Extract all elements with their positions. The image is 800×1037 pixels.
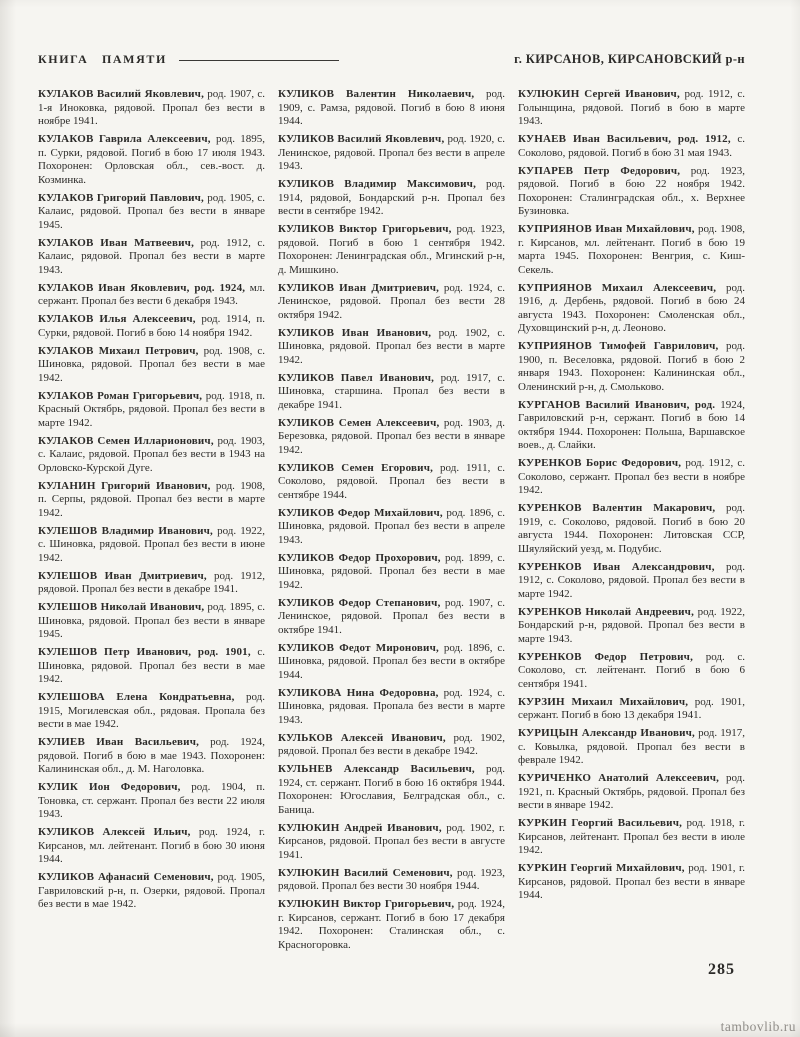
memorial-entry: КУЛИКОВ Виктор Григорьевич, род. 1923, р…: [278, 223, 505, 277]
entry-name: КУПРИЯНОВ Тимофей Гаврилович,: [518, 340, 718, 352]
entry-name: КУЛИК Ион Федорович,: [38, 781, 181, 793]
entry-name: КУРИЦЫН Александр Иванович,: [518, 727, 695, 739]
memorial-entry: КУРЕНКОВ Борис Федорович, род. 1912, с. …: [518, 457, 745, 498]
column-2: КУЛИКОВ Валентин Николаевич, род. 1909, …: [278, 88, 505, 957]
memorial-entry: КУЛАКОВ Гаврила Алексеевич, род. 1895, п…: [38, 133, 265, 187]
entry-name: КУРЕНКОВ Федор Петрович,: [518, 651, 693, 663]
column-3: КУЛЮКИН Сергей Иванович, род. 1912, с. Г…: [518, 88, 745, 957]
entry-name: КУЛИКОВ Федор Михайлович,: [278, 507, 443, 519]
memorial-entry: КУЛАКОВ Григорий Павлович, род. 1905, с.…: [38, 192, 265, 233]
memorial-entry: КУЛИКОВ Федор Степанович, род. 1907, с. …: [278, 597, 505, 638]
memorial-entry: КУЛЕШОВ Владимир Иванович, род. 1922, с.…: [38, 525, 265, 566]
entry-name: КУРИЧЕНКО Анатолий Алексеевич,: [518, 772, 719, 784]
memorial-entry: КУЛЬНЕВ Александр Васильевич, род. 1924,…: [278, 763, 505, 817]
entry-name: КУРГАНОВ Василий Иванович, род.: [518, 399, 715, 411]
entry-name: КУЛИКОВ Виктор Григорьевич,: [278, 223, 452, 235]
entry-name: КУЛЕШОВ Николай Иванович,: [38, 601, 204, 613]
entry-name: КУРЕНКОВ Валентин Макарович,: [518, 502, 715, 514]
entry-name: КУЛИКОВ Федор Степанович,: [278, 597, 441, 609]
memorial-entry: КУЛАКОВ Михаил Петрович, род. 1908, с. Ш…: [38, 345, 265, 386]
entry-name: КУЛЮКИН Василий Семенович,: [278, 867, 453, 879]
entry-name: КУРЕНКОВ Николай Андреевич,: [518, 606, 694, 618]
book-page: КНИГА ПАМЯТИ г. КИРСАНОВ, КИРСАНОВСКИЙ р…: [0, 0, 800, 1037]
memorial-entry: КУЛАКОВ Василий Яковлевич, род. 1907, с.…: [38, 88, 265, 129]
memorial-entry: КУЛИКОВ Федор Прохорович, род. 1899, с. …: [278, 552, 505, 593]
memorial-entry: КУЛИКОВ Семен Егорович, род. 1911, с. Со…: [278, 462, 505, 503]
memorial-entry: КУЛИКОВ Иван Иванович, род. 1902, с. Шин…: [278, 327, 505, 368]
entry-name: КУРЗИН Михаил Михайлович,: [518, 696, 688, 708]
entry-name: КУЛИКОВА Нина Федоровна,: [278, 687, 439, 699]
entry-name: КУЛАКОВ Иван Матвеевич,: [38, 237, 194, 249]
entry-name: КУЛИКОВ Иван Иванович,: [278, 327, 431, 339]
entry-name: КУЛАКОВ Григорий Павлович,: [38, 192, 204, 204]
header-rule: [179, 60, 340, 61]
entry-name: КУЛИЕВ Иван Васильевич,: [38, 736, 199, 748]
memorial-entry: КУЛИКОВ Алексей Ильич, род. 1924, г. Кир…: [38, 826, 265, 867]
entry-name: КУЛИКОВ Семен Егорович,: [278, 462, 433, 474]
entry-name: КУЛИКОВ Алексей Ильич,: [38, 826, 191, 838]
memorial-entry: КУЛИКОВА Нина Федоровна, род. 1924, с. Ш…: [278, 687, 505, 728]
entry-name: КУЛЬКОВ Алексей Иванович,: [278, 732, 446, 744]
entry-name: КУЛИКОВ Семен Алексеевич,: [278, 417, 439, 429]
book-title: КНИГА ПАМЯТИ: [38, 52, 167, 67]
column-1: КУЛАКОВ Василий Яковлевич, род. 1907, с.…: [38, 88, 265, 957]
entry-name: КУЛИКОВ Павел Иванович,: [278, 372, 434, 384]
entry-name: КУЛАКОВ Илья Алексеевич,: [38, 313, 196, 325]
memorial-entry: КУЛИКОВ Афанасий Семенович, род. 1905, Г…: [38, 871, 265, 912]
entry-name: КУЛЕШОВ Владимир Иванович,: [38, 525, 213, 537]
memorial-entry: КУЛАНИН Григорий Иванович, род. 1908, п.…: [38, 480, 265, 521]
page-number: 285: [708, 961, 735, 979]
entry-name: КУЛИКОВ Федор Прохорович,: [278, 552, 441, 564]
memorial-entry: КУЛЕШОВ Иван Дмитриевич, род. 1912, рядо…: [38, 570, 265, 597]
memorial-entry: КУЛАКОВ Роман Григорьевич, род. 1918, п.…: [38, 390, 265, 431]
entry-name: КУЛИКОВ Иван Дмитриевич,: [278, 282, 439, 294]
memorial-entry: КУРКИН Георгий Михайлович, род. 1901, г.…: [518, 862, 745, 903]
memorial-entry: КУЛАКОВ Семен Илларионович, род. 1903, с…: [38, 435, 265, 476]
memorial-entry: КУЛИЕВ Иван Васильевич, род. 1924, рядов…: [38, 736, 265, 777]
entry-name: КУЛАКОВ Роман Григорьевич,: [38, 390, 202, 402]
entry-name: КУЛЕШОВ Иван Дмитриевич,: [38, 570, 207, 582]
memorial-entry: КУЛАКОВ Илья Алексеевич, род. 1914, п. С…: [38, 313, 265, 340]
entry-name: КУЛЮКИН Андрей Иванович,: [278, 822, 442, 834]
entry-name: КУЛАКОВ Гаврила Алексеевич,: [38, 133, 211, 145]
memorial-entry: КУРКИН Георгий Васильевич, род. 1918, г.…: [518, 817, 745, 858]
memorial-entry: КУРЕНКОВ Федор Петрович, род. с. Соколов…: [518, 651, 745, 692]
memorial-entry: КУРИЦЫН Александр Иванович, род. 1917, с…: [518, 727, 745, 768]
memorial-entry: КУНАЕВ Иван Васильевич, род. 1912, с. Со…: [518, 133, 745, 160]
entries-columns: КУЛАКОВ Василий Яковлевич, род. 1907, с.…: [38, 88, 745, 957]
memorial-entry: КУРЕНКОВ Николай Андреевич, род. 1922, Б…: [518, 606, 745, 647]
entry-name: КУРКИН Георгий Васильевич,: [518, 817, 682, 829]
memorial-entry: КУЛИКОВ Иван Дмитриевич, род. 1924, с. Л…: [278, 282, 505, 323]
entry-name: КУЛАНИН Григорий Иванович,: [38, 480, 211, 492]
entry-name: КУЛИКОВ Валентин Николаевич,: [278, 88, 474, 100]
memorial-entry: КУПРИЯНОВ Иван Михайлович, род. 1908, г.…: [518, 223, 745, 277]
memorial-entry: КУЛАКОВ Иван Матвеевич, род. 1912, с. Ка…: [38, 237, 265, 278]
entry-name: КУПАРЕВ Петр Федорович,: [518, 165, 680, 177]
memorial-entry: КУПРИЯНОВ Михаил Алексеевич, род. 1916, …: [518, 282, 745, 336]
memorial-entry: КУРЗИН Михаил Михайлович, род. 1901, сер…: [518, 696, 745, 723]
entry-name: КУЛИКОВ Василий Яковлевич,: [278, 133, 444, 145]
entry-name: КУЛЬНЕВ Александр Васильевич,: [278, 763, 475, 775]
entry-name: КУПРИЯНОВ Михаил Алексеевич,: [518, 282, 716, 294]
entry-name: КУРЕНКОВ Иван Александрович,: [518, 561, 715, 573]
memorial-entry: КУЛИКОВ Павел Иванович, род. 1917, с. Ши…: [278, 372, 505, 413]
entry-name: КУЛЮКИН Виктор Григорьевич,: [278, 898, 454, 910]
page-header: КНИГА ПАМЯТИ г. КИРСАНОВ, КИРСАНОВСКИЙ р…: [38, 52, 745, 67]
memorial-entry: КУЛЮКИН Василий Семенович, род. 1923, ря…: [278, 867, 505, 894]
memorial-entry: КУПАРЕВ Петр Федорович, род. 1923, рядов…: [518, 165, 745, 219]
entry-name: КУЛИКОВ Владимир Максимович,: [278, 178, 476, 190]
entry-name: КУЛЕШОВА Елена Кондратьевна,: [38, 691, 235, 703]
entry-name: КУПРИЯНОВ Иван Михайлович,: [518, 223, 695, 235]
memorial-entry: КУРЕНКОВ Иван Александрович, род. 1912, …: [518, 561, 745, 602]
memorial-entry: КУЛИКОВ Семен Алексеевич, род. 1903, д. …: [278, 417, 505, 458]
memorial-entry: КУЛИКОВ Федор Михайлович, род. 1896, с. …: [278, 507, 505, 548]
entry-name: КУНАЕВ Иван Васильевич, род. 1912,: [518, 133, 731, 145]
entry-name: КУЛАКОВ Василий Яковлевич,: [38, 88, 204, 100]
memorial-entry: КУЛЕШОВ Николай Иванович, род. 1895, с. …: [38, 601, 265, 642]
entry-name: КУЛИКОВ Афанасий Семенович,: [38, 871, 214, 883]
entry-name: КУЛАКОВ Семен Илларионович,: [38, 435, 214, 447]
memorial-entry: КУЛИКОВ Федот Миронович, род. 1896, с. Ш…: [278, 642, 505, 683]
memorial-entry: КУЛИКОВ Валентин Николаевич, род. 1909, …: [278, 88, 505, 129]
memorial-entry: КУПРИЯНОВ Тимофей Гаврилович, род. 1900,…: [518, 340, 745, 394]
memorial-entry: КУЛАКОВ Иван Яковлевич, род. 1924, мл. с…: [38, 282, 265, 309]
entry-name: КУЛАКОВ Михаил Петрович,: [38, 345, 199, 357]
memorial-entry: КУЛЬКОВ Алексей Иванович, род. 1902, ряд…: [278, 732, 505, 759]
entry-name: КУЛЕШОВ Петр Иванович, род. 1901,: [38, 646, 251, 658]
entry-name: КУРЕНКОВ Борис Федорович,: [518, 457, 681, 469]
memorial-entry: КУЛЕШОВ Петр Иванович, род. 1901, с. Шин…: [38, 646, 265, 687]
entry-name: КУЛАКОВ Иван Яковлевич, род. 1924,: [38, 282, 245, 294]
memorial-entry: КУЛЮКИН Андрей Иванович, род. 1902, г. К…: [278, 822, 505, 863]
memorial-entry: КУЛИК Ион Федорович, род. 1904, п. Тонов…: [38, 781, 265, 822]
memorial-entry: КУЛЕШОВА Елена Кондратьевна, род. 1915, …: [38, 691, 265, 732]
entry-name: КУЛЮКИН Сергей Иванович,: [518, 88, 680, 100]
memorial-entry: КУЛИКОВ Василий Яковлевич, род. 1920, с.…: [278, 133, 505, 174]
watermark: tambovlib.ru: [721, 1019, 796, 1035]
memorial-entry: КУЛЮКИН Сергей Иванович, род. 1912, с. Г…: [518, 88, 745, 129]
memorial-entry: КУЛИКОВ Владимир Максимович, род. 1914, …: [278, 178, 505, 219]
memorial-entry: КУРЕНКОВ Валентин Макарович, род. 1919, …: [518, 502, 745, 556]
entry-name: КУЛИКОВ Федот Миронович,: [278, 642, 439, 654]
memorial-entry: КУРИЧЕНКО Анатолий Алексеевич, род. 1921…: [518, 772, 745, 813]
memorial-entry: КУРГАНОВ Василий Иванович, род. 1924, Га…: [518, 399, 745, 453]
entry-name: КУРКИН Георгий Михайлович,: [518, 862, 685, 874]
district-heading: г. КИРСАНОВ, КИРСАНОВСКИЙ р-н: [514, 52, 745, 67]
memorial-entry: КУЛЮКИН Виктор Григорьевич, род. 1924, г…: [278, 898, 505, 952]
